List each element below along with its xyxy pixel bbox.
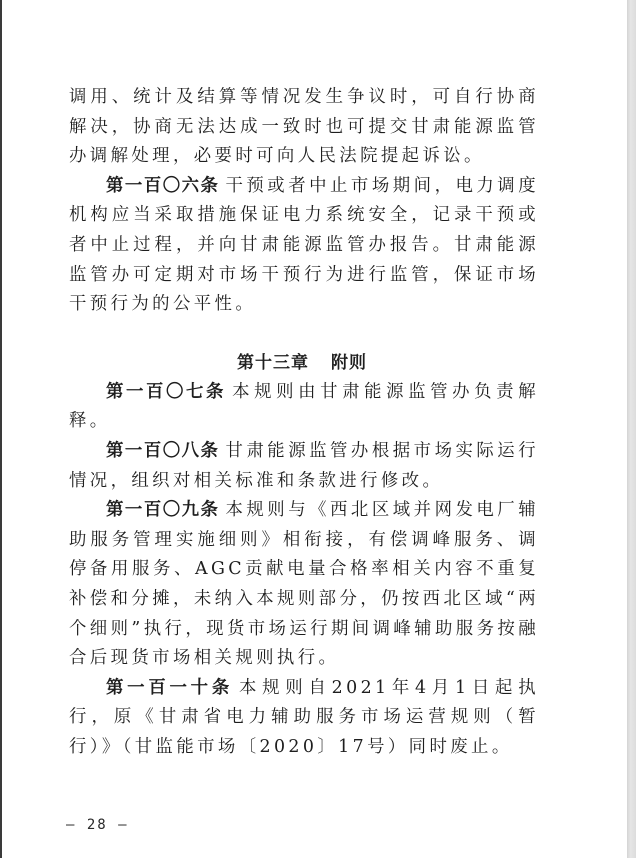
continuation-paragraph: 调用、统计及结算等情况发生争议时，可自行协商解决，协商无法达成一致时也可提交甘肃… [69, 83, 539, 172]
article-text: 本规则与《西北区域并网发电厂辅助服务管理实施细则》相衔接，有偿调峰服务、调停备用… [69, 500, 539, 668]
article-109: 第一百〇九条本规则与《西北区域并网发电厂辅助服务管理实施细则》相衔接，有偿调峰服… [69, 496, 539, 674]
article-heading: 第一百〇九条 [106, 500, 219, 520]
article-heading: 第一百〇七条 [106, 382, 226, 402]
chapter-number: 第十三章 [237, 353, 309, 373]
article-heading: 第一百〇八条 [106, 441, 219, 461]
chapter-heading: 第十三章附则 [69, 348, 539, 378]
article-108: 第一百〇八条甘肃能源监管办根据市场实际运行情况，组织对相关标准和条款进行修改。 [69, 437, 539, 496]
document-page: 调用、统计及结算等情况发生争议时，可自行协商解决，协商无法达成一致时也可提交甘肃… [69, 83, 539, 762]
page-right-shadow [627, 0, 636, 858]
article-heading: 第一百〇六条 [106, 176, 219, 196]
paragraph-text: 调用、统计及结算等情况发生争议时，可自行协商解决，协商无法达成一致时也可提交甘肃… [69, 87, 539, 166]
article-110: 第一百一十条本规则自2021年4月1日起执行，原《甘肃省电力辅助服务市场运营规则… [69, 674, 539, 763]
page-number: – 28 – [66, 817, 129, 833]
article-heading: 第一百一十条 [106, 678, 233, 698]
page-left-edge [0, 0, 2, 858]
chapter-title: 附则 [331, 353, 367, 373]
article-107: 第一百〇七条本规则由甘肃能源监管办负责解释。 [69, 378, 539, 437]
article-106: 第一百〇六条干预或者中止市场期间，电力调度机构应当采取措施保证电力系统安全，记录… [69, 172, 539, 320]
article-text: 干预或者中止市场期间，电力调度机构应当采取措施保证电力系统安全，记录干预或者中止… [69, 176, 539, 314]
